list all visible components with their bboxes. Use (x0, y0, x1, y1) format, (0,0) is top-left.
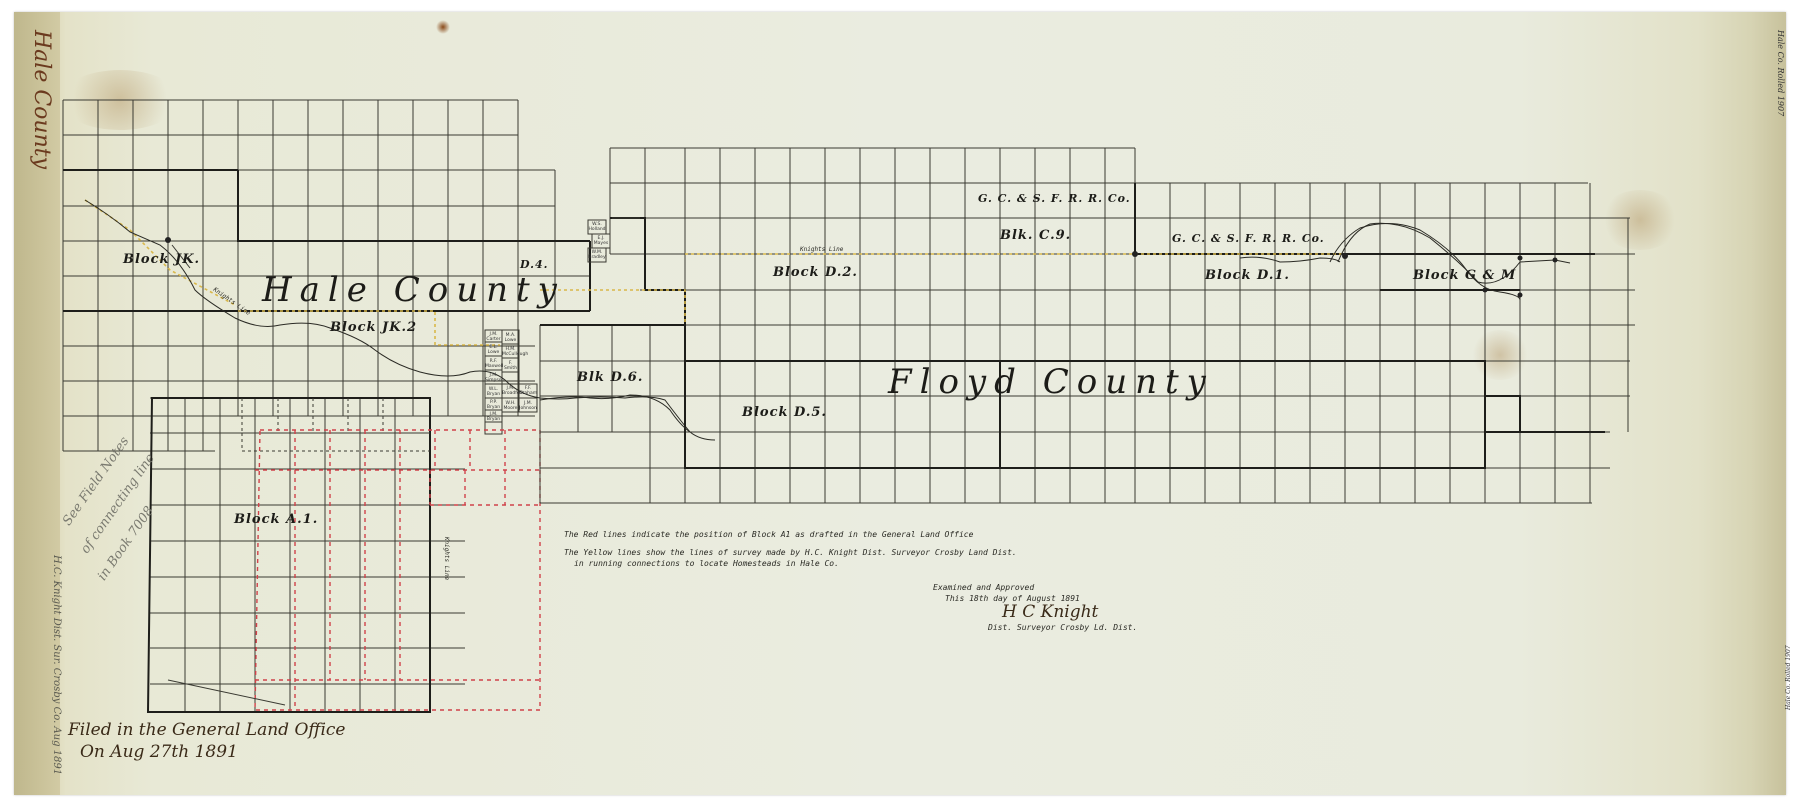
legend-red-lines: The Red lines indicate the position of B… (564, 530, 973, 539)
margin-note-top-right: Hale Co. Rolled 1907 (1776, 30, 1785, 116)
homestead-label: R.F. Maxwell (485, 359, 502, 369)
survey-map (0, 0, 1800, 811)
hale-county-grid (63, 100, 715, 712)
homestead-label: W.M. Bradley (588, 250, 606, 260)
block-label-jk: Block JK. (123, 252, 200, 267)
block-label-c9: Blk. C.9. (1000, 228, 1071, 243)
rr-label-1: G. C. & S. F. R. R. Co. (978, 192, 1131, 205)
homestead-label: W.S. Holland (588, 222, 606, 232)
legend-yellow-lines-cont: in running connections to locate Homeste… (574, 559, 839, 568)
homestead-label: H.M. McCullough (502, 347, 519, 357)
homestead-label: J.M. Bryan (485, 412, 502, 422)
surveyor-title: Dist. Surveyor Crosby Ld. Dist. (988, 623, 1137, 632)
homestead-label: P.P. Bryan (485, 400, 502, 410)
block-label-d6: Blk D.6. (577, 370, 643, 385)
homestead-label: J.M. Johnson (519, 401, 537, 411)
filed-note-line-1: Filed in the General Land Office (68, 720, 345, 740)
county-label-floyd: Floyd County (888, 362, 1214, 402)
block-label-gm: Block G & M (1413, 268, 1516, 283)
surveyor-signature: H C Knight (1002, 602, 1098, 622)
filed-note-line-2: On Aug 27th 1891 (80, 742, 238, 762)
homestead-label: F. Smith (502, 361, 519, 371)
block-label-d1: Block D.1. (1205, 268, 1290, 283)
block-label-d5: Block D.5. (742, 405, 827, 420)
knights-line-label: Knights Line (800, 246, 843, 253)
margin-note-bottom-right: Hale Co. Rolled 1907 (1785, 645, 1792, 710)
block-label-jk2: Block JK.2 (330, 320, 417, 335)
homestead-label: F.F. Graham (519, 386, 537, 396)
block-label-d4: D.4. (520, 258, 548, 271)
block-label-d2: Block D.2. (773, 265, 858, 280)
county-label-hale: Hale County (262, 270, 565, 310)
homestead-label: W.H. Moore (502, 401, 519, 411)
homestead-label: J.M. Broadfoot (502, 386, 519, 396)
homestead-label: W.L. Bryan (485, 387, 502, 397)
margin-vertical-note: H.C. Knight Dist. Sur. Crosby Co. Aug 18… (51, 555, 62, 775)
legend-yellow-lines: The Yellow lines show the lines of surve… (564, 548, 1017, 557)
approval-line-1: Examined and Approved (933, 583, 1034, 592)
homestead-label: E.J. Mayes (592, 236, 610, 246)
knights-line-label: Knights Line (443, 537, 450, 580)
homestead-label: M.A. Lowe (502, 333, 519, 343)
homestead-label: J.M. Simpson (485, 373, 502, 383)
homestead-label: J.M. Carter (485, 332, 502, 342)
margin-county-title: Hale County (29, 30, 54, 169)
rr-label-2: G. C. & S. F. R. R. Co. (1172, 232, 1325, 245)
block-label-a1: Block A.1. (234, 512, 318, 527)
homestead-label: E.L. Lowe (485, 345, 502, 355)
